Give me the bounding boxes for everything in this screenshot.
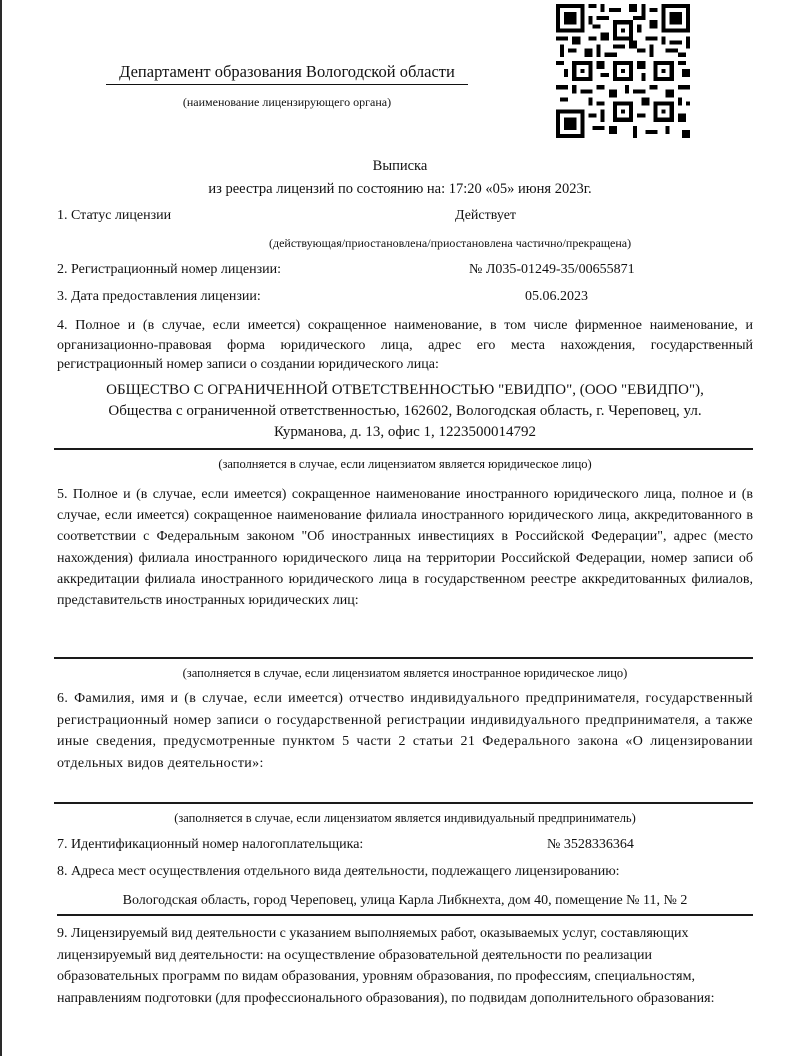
legal-entity-line: Общества с ограниченной ответственностью…: [57, 401, 753, 422]
foreign-entity-underline: [54, 657, 753, 659]
addresses-label: 8. Адреса мест осуществления отдельного …: [57, 864, 620, 880]
reg-number-label: 2. Регистрационный номер лицензии:: [57, 262, 281, 278]
status-caption: (действующая/приостановлена/приостановле…: [269, 236, 631, 251]
document-subtitle: из реестра лицензий по состоянию на: 17:…: [2, 181, 796, 198]
document-title: Выписка: [2, 158, 796, 175]
legal-entity-label: 4. Полное и (в случае, если имеется) сок…: [57, 316, 753, 375]
foreign-entity-caption: (заполняется в случае, если лицензиатом …: [57, 666, 753, 681]
individual-caption: (заполняется в случае, если лицензиатом …: [57, 811, 753, 826]
addresses-underline: [57, 914, 753, 916]
addresses-value: Вологодская область, город Череповец, ул…: [57, 893, 753, 909]
individual-underline: [54, 802, 753, 804]
reg-number-value: № Л035-01249-35/00655871: [469, 262, 635, 278]
licensing-authority-caption: (наименование лицензирующего органа): [106, 95, 468, 110]
inn-label: 7. Идентификационный номер налогоплатель…: [57, 837, 363, 853]
licensing-authority-name: Департамент образования Вологодской обла…: [106, 62, 468, 85]
legal-entity-line: ОБЩЕСТВО С ОГРАНИЧЕННОЙ ОТВЕТСТВЕННОСТЬЮ…: [57, 380, 753, 401]
issue-date-value: 05.06.2023: [525, 289, 588, 305]
legal-entity-value: ОБЩЕСТВО С ОГРАНИЧЕННОЙ ОТВЕТСТВЕННОСТЬЮ…: [57, 380, 753, 443]
qr-code-icon: [556, 4, 690, 138]
individual-label: 6. Фамилия, имя и (в случае, если имеетс…: [57, 688, 753, 774]
issue-date-label: 3. Дата предоставления лицензии:: [57, 289, 261, 305]
status-value: Действует: [455, 208, 516, 224]
foreign-entity-label: 5. Полное и (в случае, если имеется) сок…: [57, 484, 753, 611]
legal-entity-caption: (заполняется в случае, если лицензиатом …: [57, 457, 753, 472]
inn-value: № 3528336364: [547, 837, 634, 853]
legal-entity-line: Курманова, д. 13, офис 1, 1223500014792: [57, 422, 753, 443]
legal-entity-underline: [54, 448, 753, 450]
activity-label: 9. Лицензируемый вид деятельности с указ…: [57, 923, 753, 1009]
status-label: 1. Статус лицензии: [57, 208, 171, 224]
